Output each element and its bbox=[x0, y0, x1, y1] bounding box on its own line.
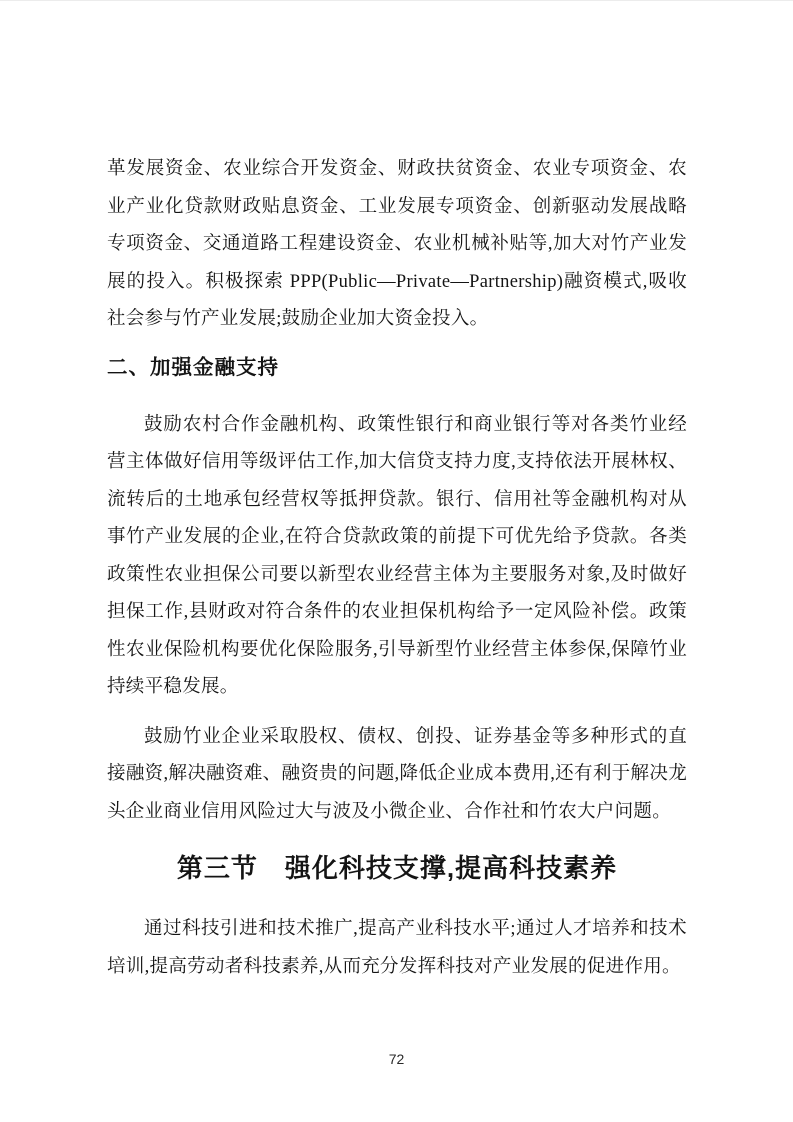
page-number: 72 bbox=[389, 1051, 405, 1067]
page-content: 革发展资金、农业综合开发资金、财政扶贫资金、农业专项资金、农业产业化贷款财政贴息… bbox=[107, 151, 687, 986]
subsection-heading-financial-support: 二、加强金融支持 bbox=[107, 353, 687, 383]
page-footer: 72 bbox=[0, 1049, 793, 1069]
body-paragraph-funding-continuation: 革发展资金、农业综合开发资金、财政扶贫资金、农业专项资金、农业产业化贷款财政贴息… bbox=[107, 151, 687, 339]
body-paragraph-direct-financing: 鼓励竹业企业采取股权、债权、创投、证券基金等多种形式的直接融资,解决融资难、融资… bbox=[107, 719, 687, 832]
body-paragraph-credit-support: 鼓励农村合作金融机构、政策性银行和商业银行等对各类竹业经营主体做好信用等级评估工… bbox=[107, 407, 687, 707]
body-paragraph-technology-promotion: 通过科技引进和技术推广,提高产业科技水平;通过人才培养和技术培训,提高劳动者科技… bbox=[107, 911, 687, 986]
document-page: 革发展资金、农业综合开发资金、财政扶贫资金、农业专项资金、农业产业化贷款财政贴息… bbox=[0, 0, 793, 1122]
section-title-technology-support: 第三节 强化科技支撑,提高科技素养 bbox=[107, 847, 687, 889]
